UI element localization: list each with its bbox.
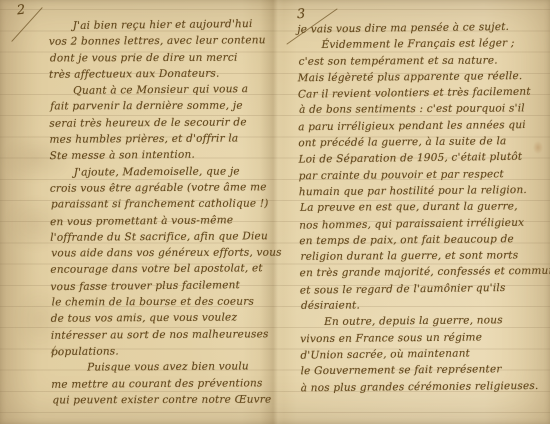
handwritten-line: de tous vos amis, que vous voulez [51,310,269,328]
page-number-left: 2 [16,3,26,19]
handwritten-line: intéresser au sort de nos malheureuses [51,326,269,344]
handwritten-line: nos hommes, qui paraissaient irréligieux [299,214,550,234]
handwritten-line: le chemin de la bourse et des coeurs [52,294,270,311]
handwritten-line: Ste messe à son intention. [50,146,268,165]
handwritten-line: qui peuvent exister contre notre Œuvre [52,391,270,408]
scanned-letter-spread: 2 3 J'ai bien reçu hier et aujourd'huivo… [0,0,550,424]
handwritten-line: J'ajoute, Mademoiselle, que je [50,163,268,181]
left-page-text: J'ai bien reçu hier et aujourd'huivos 2 … [49,16,270,409]
handwritten-line: vous fasse trouver plus facilement [50,277,268,296]
handwritten-line: en vous promettant à vous-même [50,211,268,230]
page-number-slash-left [11,7,43,42]
handwritten-line: Évidemment le Français est léger ; [297,35,548,54]
handwritten-line: me mettre au courant des préventions [51,375,269,393]
handwritten-line: religion durant la guerre, et sont morts [300,247,550,265]
page-number-right: 3 [296,7,305,23]
handwritten-line: crois vous être agréable (votre âme me [50,179,268,197]
handwritten-line: dont je vous prie de dire un merci [50,49,268,66]
handwritten-line: a paru irréligieux pendant les années qu… [298,117,549,136]
handwritten-line: vos 2 bonnes lettres, avec leur contenu [49,33,267,51]
handwritten-line: La preuve en est que, durant la guerre, [300,198,550,216]
handwritten-line: paraissant si franchement catholique !) [51,196,269,213]
handwritten-line: fait parvenir la dernière somme, je [50,98,268,115]
right-page-text: je vais vous dire ma pensée à ce sujet.É… [297,19,550,396]
handwritten-line: vous aide dans vos généreux efforts, vou… [51,245,269,262]
handwritten-line: populations. [51,342,269,361]
handwritten-line: Puisque vous avez bien voulu [51,358,269,376]
handwritten-line: je vais vous dire ma pensée à ce sujet. [297,18,548,38]
handwritten-line: serai très heureux de le secourir de [49,114,267,132]
handwritten-line: à nos plus grandes cérémonies religieuse… [301,377,550,396]
handwritten-line: à de bons sentiments : c'est pourquoi s'… [299,101,550,119]
handwritten-line: d'Union sacrée, où maintenant [300,344,550,364]
handwritten-line: encourage dans votre bel apostolat, et [50,261,268,279]
handwritten-line: J'ai bien reçu hier et aujourd'hui [49,16,267,35]
handwritten-line: désiraient. [301,296,550,314]
handwritten-line: c'est son tempérament et sa nature. [299,52,550,70]
handwritten-line: l'offrande du St sacrifice, afin que Die… [50,228,268,246]
